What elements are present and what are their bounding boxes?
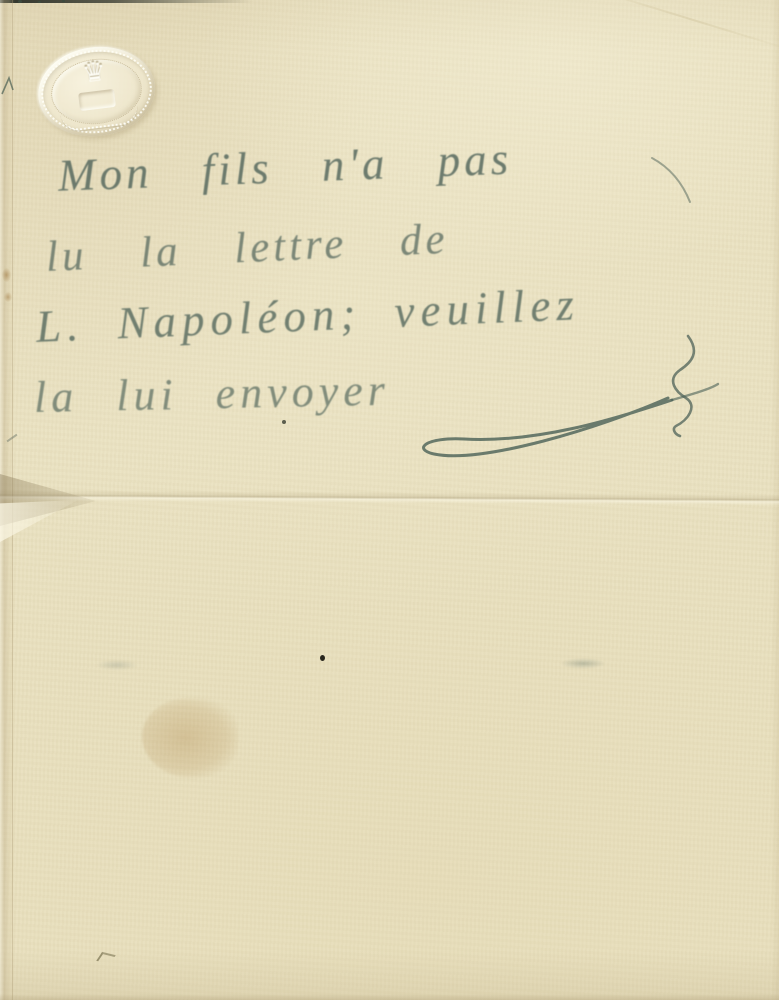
edge-spot [2, 268, 11, 282]
ink-dot [320, 655, 325, 661]
embossed-seal: ♛ [33, 40, 160, 143]
foxing-stain [142, 698, 238, 778]
handwriting-line-2: lu la lettre de [45, 215, 450, 282]
edge-speck [38, 1, 41, 3]
letter-page: ♛ Mon fils n'a pas lu la lettre de L. Na… [0, 0, 779, 1000]
ink-dot-small [282, 420, 286, 424]
faint-crease-top-right [580, 0, 779, 54]
handwriting-line-3: L. Napoléon; veuillez [35, 278, 581, 353]
handwriting-line-4: la lui envoyer [33, 365, 390, 423]
paper-edge-bottom [0, 994, 779, 1000]
edge-speck [18, 0, 22, 3]
handwriting-line-1: Mon fils n'a pas [57, 133, 513, 202]
bottom-pencil-mark [96, 952, 116, 964]
pencil-smudge-left [96, 660, 138, 670]
pencil-smudge-right [560, 658, 606, 669]
edge-speck [62, 0, 65, 2]
edge-spot [4, 292, 12, 302]
fold-crease [0, 490, 779, 506]
